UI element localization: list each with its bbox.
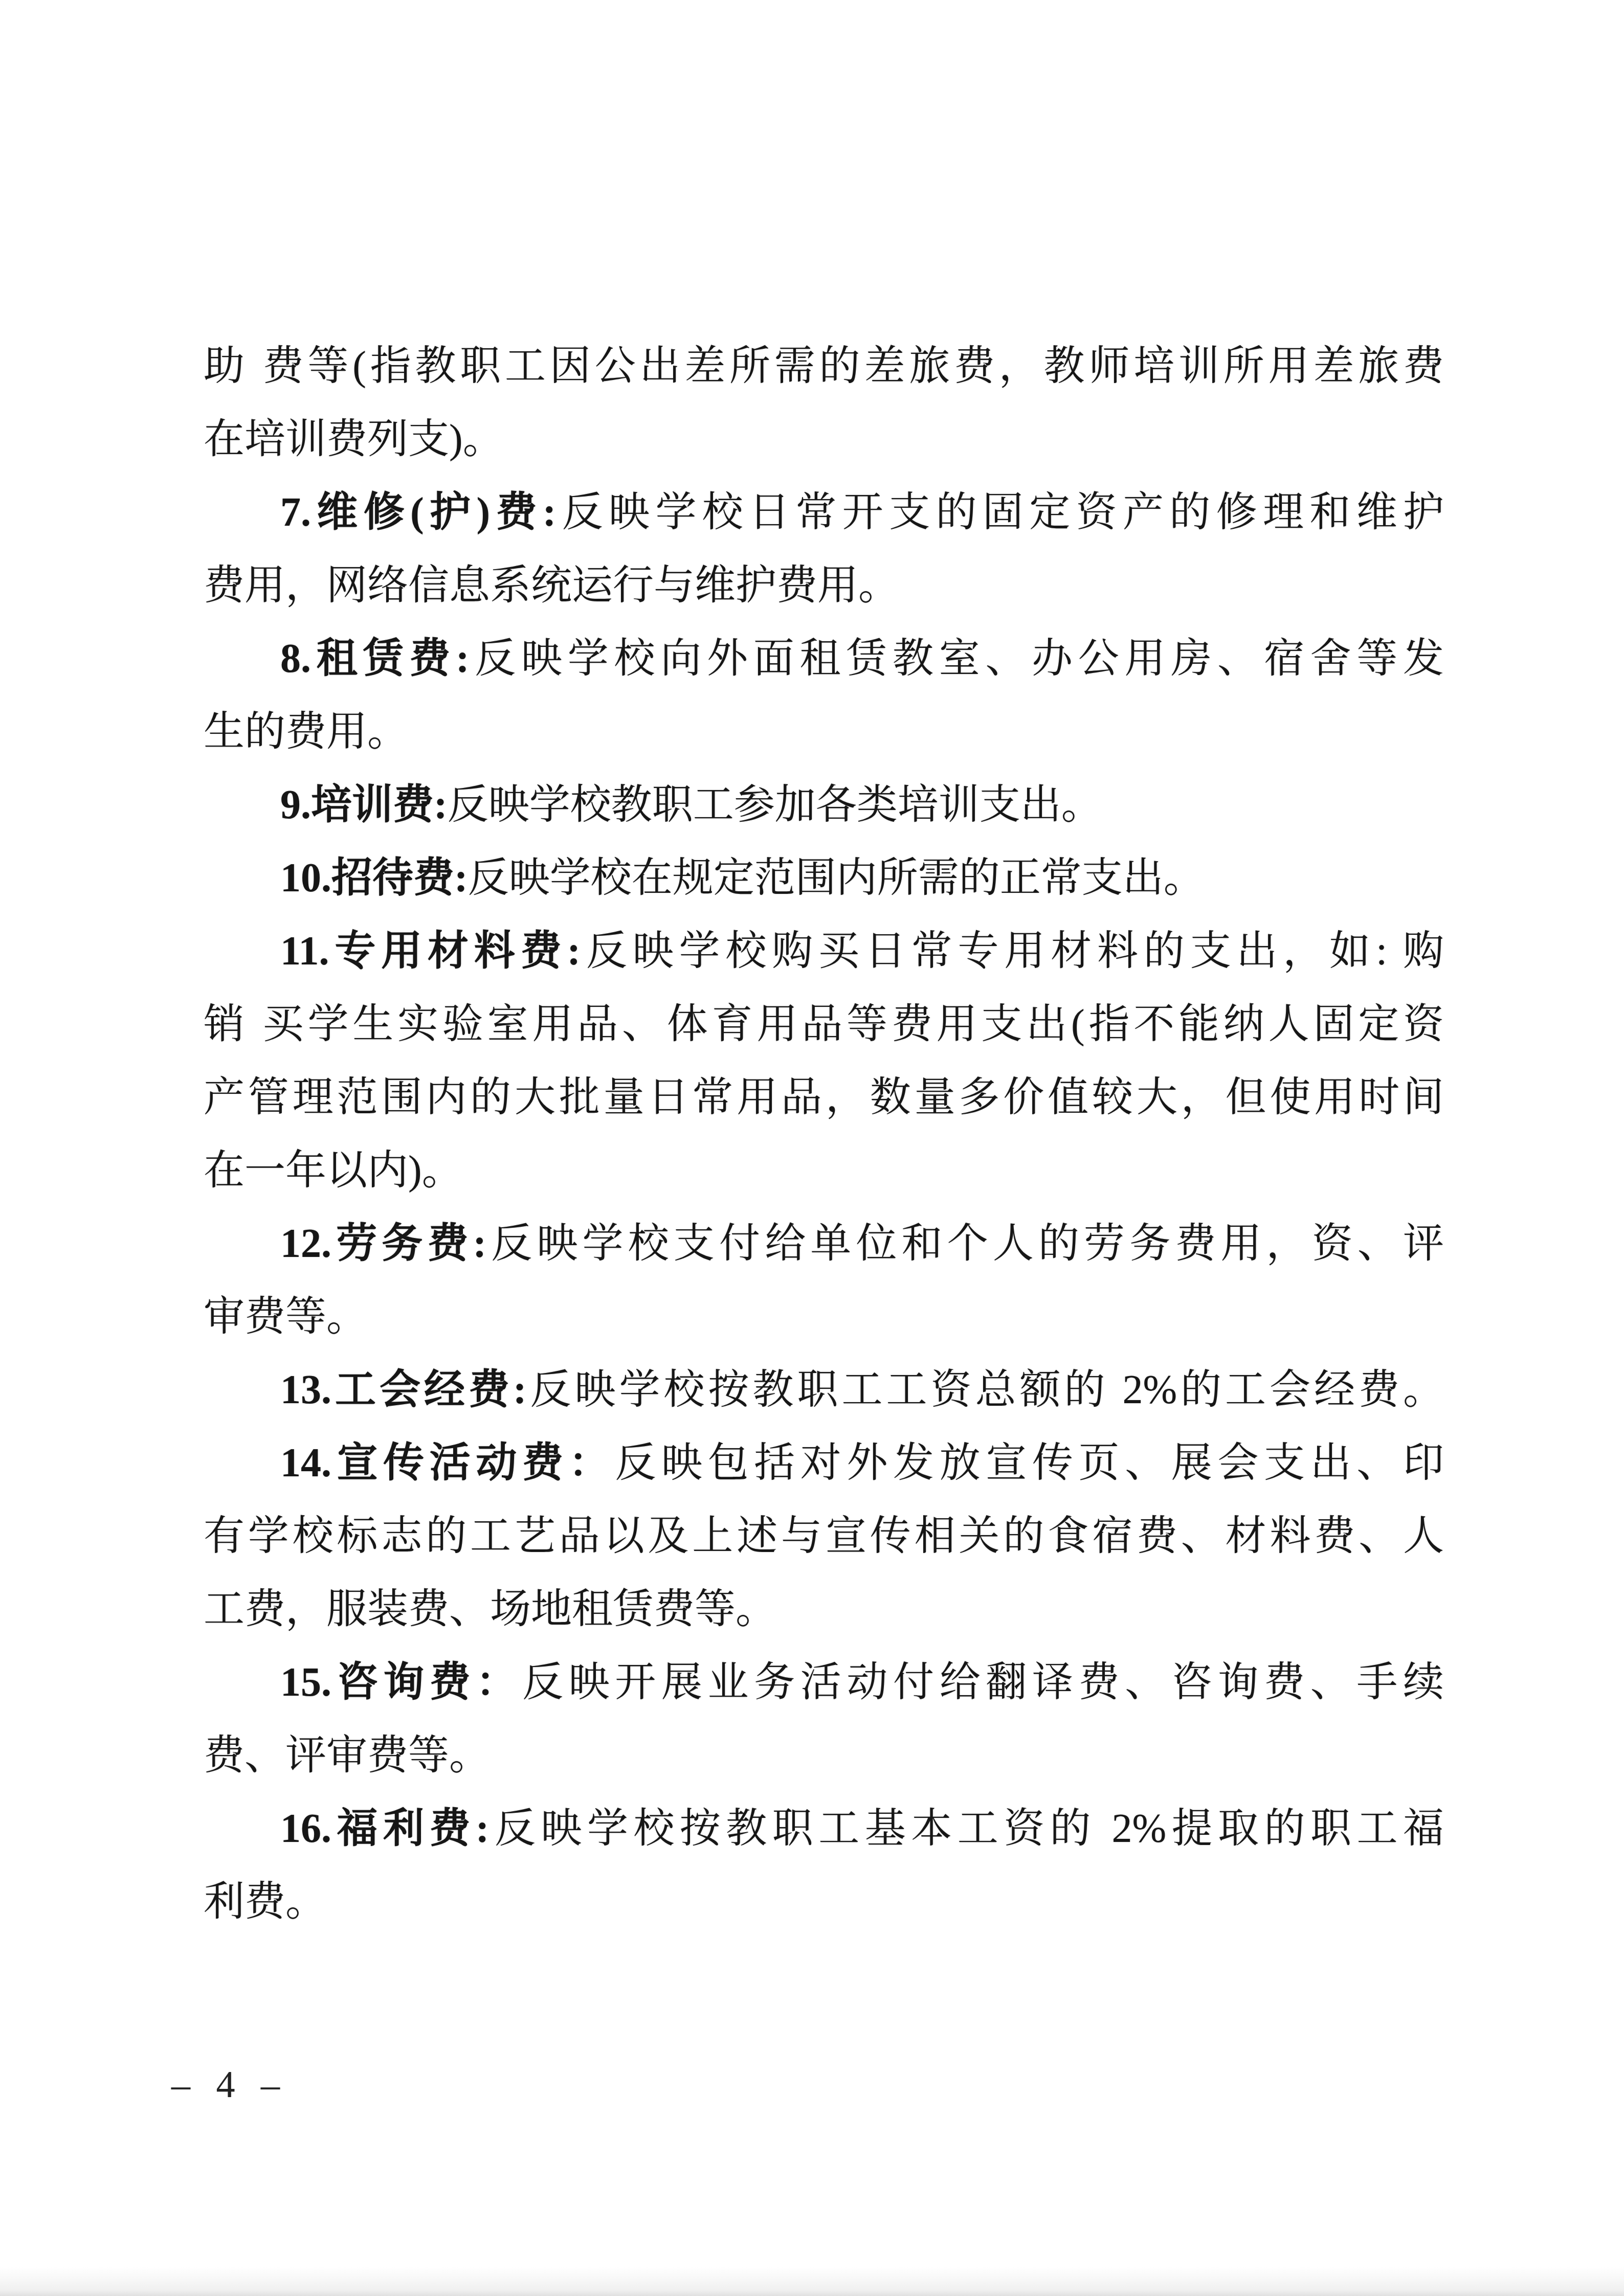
scanned-document-page: 助 费等(指教职工因公出差所需的差旅费，教师培训所用差旅费在培训费列支)。7.维… [0, 0, 1624, 2296]
line-text: 反映学校按教职工工资总额的 2%的工会经费。 [527, 1367, 1444, 1412]
text-line: 生的费用。 [204, 695, 1444, 769]
line-text: 反映学校按教职工基本工资的 2%提取的职工福 [490, 1806, 1444, 1851]
line-text: 审费等。 [204, 1294, 367, 1339]
item-term: 14.宣传活动费： [280, 1440, 615, 1485]
line-text: 反映包括对外发放宣传页、展会支出、印 [615, 1440, 1444, 1485]
line-text: 利费。 [204, 1879, 326, 1924]
text-line: 7.维修(护)费:反映学校日常开支的固定资产的修理和维护 [204, 476, 1444, 549]
line-text: 费、评审费等。 [204, 1733, 490, 1778]
line-text: 在培训费列支)。 [204, 417, 504, 462]
item-term: 15.咨询费： [280, 1660, 522, 1705]
line-text: 反映学校在规定范围内所需的正常支出。 [468, 856, 1205, 901]
line-text: 有学校标志的工艺品以及上述与宣传相关的食宿费、材料费、人 [204, 1514, 1444, 1559]
document-body: 助 费等(指教职工因公出差所需的差旅费，教师培训所用差旅费在培训费列支)。7.维… [204, 330, 1444, 1939]
text-line: 有学校标志的工艺品以及上述与宣传相关的食宿费、材料费、人 [204, 1500, 1444, 1573]
line-text: 反映学校向外面租赁教室、办公用房、宿舍等发 [470, 636, 1444, 681]
line-text: 产管理范围内的大批量日常用品，数量多价值较大，但使用时间 [204, 1075, 1444, 1120]
line-text: 反映学校支付给单位和个人的劳务费用，资、评 [486, 1221, 1444, 1266]
text-line: 11.专用材料费:反映学校购买日常专用材料的支出，如: 购 [204, 915, 1444, 988]
text-line: 8.租赁费:反映学校向外面租赁教室、办公用房、宿舍等发 [204, 622, 1444, 695]
item-term: 12.劳务费: [280, 1221, 486, 1266]
text-line: 15.咨询费：反映开展业务活动付给翻译费、咨询费、手续 [204, 1646, 1444, 1719]
item-term: 8.租赁费: [280, 636, 470, 681]
line-text: 生的费用。 [204, 709, 408, 754]
item-term: 10.招待费: [280, 856, 468, 901]
page-number: – 4 – [171, 2057, 288, 2113]
line-text: 工费，服装费、场地租赁费等。 [204, 1587, 776, 1632]
line-text: 费用，网络信息系统运行与维护费用。 [204, 563, 899, 608]
text-line: 在一年以内)。 [204, 1134, 1444, 1207]
line-text: 反映开展业务活动付给翻译费、咨询费、手续 [522, 1660, 1444, 1705]
item-term: 13.工会经费: [280, 1367, 527, 1412]
text-line: 10.招待费:反映学校在规定范围内所需的正常支出。 [204, 842, 1444, 915]
text-line: 13.工会经费:反映学校按教职工工资总额的 2%的工会经费。 [204, 1354, 1444, 1427]
text-line: 工费，服装费、场地租赁费等。 [204, 1573, 1444, 1646]
scan-bottom-edge [0, 2266, 1624, 2296]
text-line: 费用，网络信息系统运行与维护费用。 [204, 549, 1444, 622]
text-line: 审费等。 [204, 1280, 1444, 1354]
text-line: 在培训费列支)。 [204, 403, 1444, 476]
text-line: 产管理范围内的大批量日常用品，数量多价值较大，但使用时间 [204, 1061, 1444, 1134]
line-text: 反映学校教职工参加各类培训支出。 [448, 782, 1102, 827]
text-line: 16.福利费:反映学校按教职工基本工资的 2%提取的职工福 [204, 1792, 1444, 1865]
text-line: 9.培训费:反映学校教职工参加各类培训支出。 [204, 769, 1444, 842]
line-text: 销 买学生实验室用品、体育用品等费用支出(指不能纳人固定资 [204, 1002, 1444, 1047]
line-text: 在一年以内)。 [204, 1148, 463, 1193]
item-term: 9.培训费: [280, 782, 448, 827]
text-line: 销 买学生实验室用品、体育用品等费用支出(指不能纳人固定资 [204, 988, 1444, 1061]
item-term: 11.专用材料费: [280, 929, 581, 974]
text-line: 14.宣传活动费：反映包括对外发放宣传页、展会支出、印 [204, 1427, 1444, 1500]
text-line: 助 费等(指教职工因公出差所需的差旅费，教师培训所用差旅费 [204, 330, 1444, 403]
line-text: 助 费等(指教职工因公出差所需的差旅费，教师培训所用差旅费 [204, 344, 1444, 389]
line-text: 反映学校日常开支的固定资产的修理和维护 [556, 490, 1444, 535]
text-line: 费、评审费等。 [204, 1719, 1444, 1792]
item-term: 7.维修(护)费: [280, 490, 556, 535]
item-term: 16.福利费: [280, 1806, 490, 1851]
text-line: 12.劳务费:反映学校支付给单位和个人的劳务费用，资、评 [204, 1207, 1444, 1280]
text-line: 利费。 [204, 1865, 1444, 1939]
line-text: 反映学校购买日常专用材料的支出，如: 购 [581, 929, 1444, 974]
